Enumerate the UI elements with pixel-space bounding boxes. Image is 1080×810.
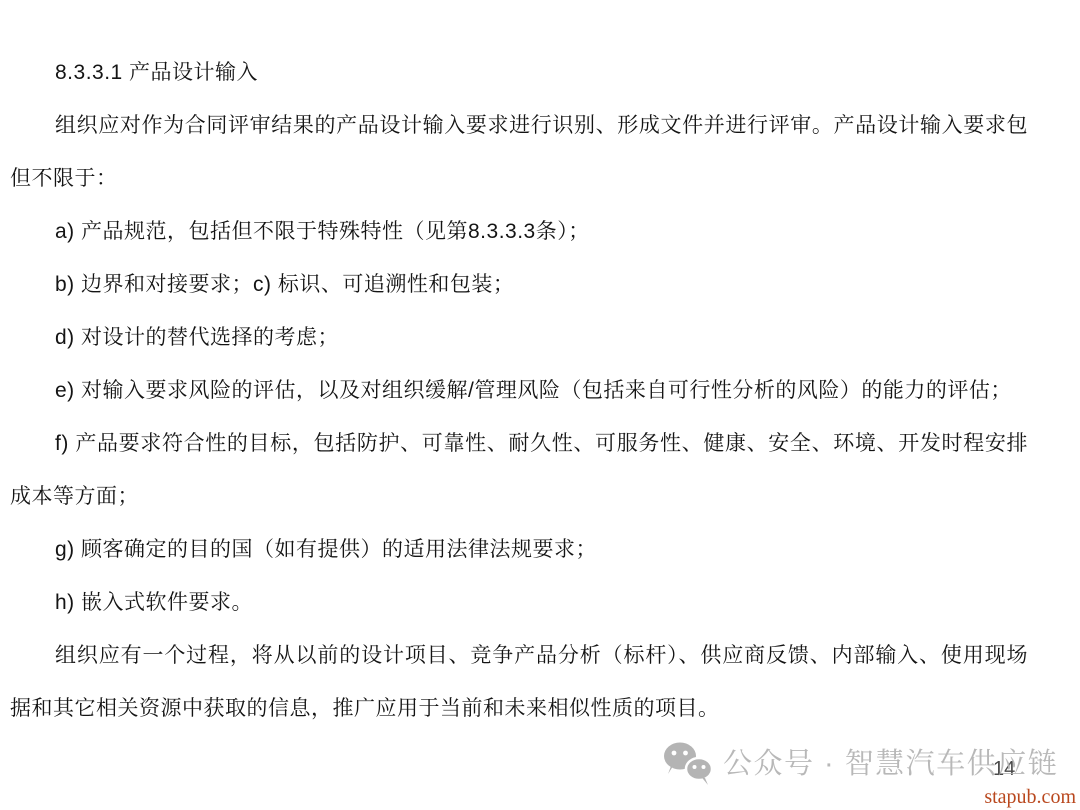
document-line: 据和其它相关资源中获取的信息，推广应用于当前和未来相似性质的项目。: [10, 682, 1028, 735]
document-line: 8.3.3.1 产品设计输入: [10, 46, 1028, 99]
document-line: b) 边界和对接要求；c) 标识、可追溯性和包装；: [10, 258, 1028, 311]
document-line: 但不限于：: [10, 152, 1028, 205]
document-line: 成本等方面；: [10, 470, 1028, 523]
document-line: h) 嵌入式软件要求。: [10, 576, 1028, 629]
document-page: 8.3.3.1 产品设计输入组织应对作为合同评审结果的产品设计输入要求进行识别、…: [0, 0, 1080, 810]
document-line: 组织应对作为合同评审结果的产品设计输入要求进行识别、形成文件并进行评审。产品设计…: [10, 99, 1028, 152]
document-line: 组织应有一个过程，将从以前的设计项目、竞争产品分析（标杆）、供应商反馈、内部输入…: [10, 629, 1028, 682]
watermark: 公众号 · 智慧汽车供应链: [662, 740, 1058, 788]
document-line: f) 产品要求符合性的目标，包括防护、可靠性、耐久性、可服务性、健康、安全、环境…: [10, 417, 1028, 470]
document-line: a) 产品规范，包括但不限于特殊特性（见第8.3.3.3条）；: [10, 205, 1028, 258]
document-body: 8.3.3.1 产品设计输入组织应对作为合同评审结果的产品设计输入要求进行识别、…: [10, 46, 1028, 735]
document-line: g) 顾客确定的目的国（如有提供）的适用法律法规要求；: [10, 523, 1028, 576]
document-line: e) 对输入要求风险的评估，以及对组织缓解/管理风险（包括来自可行性分析的风险）…: [10, 364, 1028, 417]
watermark-text: 公众号 · 智慧汽车供应链: [723, 740, 1058, 788]
wechat-icon: [662, 740, 714, 788]
site-link: stapub.com: [984, 785, 1076, 809]
document-line: d) 对设计的替代选择的考虑；: [10, 311, 1028, 364]
